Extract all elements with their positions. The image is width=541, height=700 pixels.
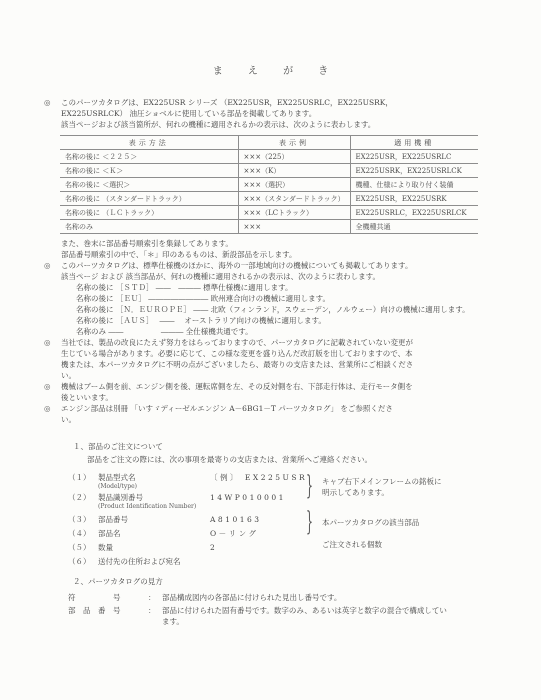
- order-item: （５）数量2: [68, 542, 498, 553]
- item-value: A810163: [210, 514, 262, 525]
- model-code-table: 表示方法表示例適用機種 名称の後に ＜２２５＞×××（225）EX225USR，…: [60, 135, 478, 234]
- table-row: 名称の後に ＜Ｋ＞×××（K）EX225USRK，EX225USRLCK: [60, 164, 478, 178]
- text-line: 明示してあります。: [322, 487, 442, 498]
- preface-page: ま え が き ◎ このパーツカタログは、EX225USR シリーズ （EX22…: [0, 0, 541, 700]
- table-row: 名称の後に ＜２２５＞×××（225）EX225USR，EX225USRLC: [60, 150, 478, 164]
- table-cell: ×××: [238, 220, 350, 234]
- definition-colon: ：: [148, 605, 162, 616]
- table-cell: EX225USR，EX225USRK: [350, 192, 478, 206]
- text-line: 該当ページおよび該当箇所が、何れの機種に適用されるかの表示は、次のように表わしま…: [61, 119, 498, 130]
- nameplate-annotation: キャブ右下メインフレームの銘板に明示してあります。: [322, 476, 442, 498]
- item-label: 製品型式名(Model/type): [98, 472, 210, 491]
- text-line: 機械はブーム側を前、エンジン側を後、運転席側を左、その反対側を右、下部走行体は、…: [61, 381, 498, 392]
- order-item: （６）送付先の住所および宛名: [68, 556, 498, 567]
- table-cell: 全機種共通: [350, 220, 478, 234]
- double-circle-marker-icon: ◎: [44, 381, 51, 392]
- order-item: （３）部品番号A810163: [68, 514, 498, 525]
- text-line: 名称の後に ［ＥＵ］ ―――――――― 欧州連合向けの機械に適用します。: [76, 293, 498, 304]
- table-row: 名称の後に ＜選択＞×××（選択）機種、仕様により取り付く装備: [60, 178, 478, 192]
- table-header-cell: 表示方法: [60, 136, 238, 150]
- table-row: 名称の後に （スタンダードトラック）×××（スタンダードトラック）EX225US…: [60, 192, 478, 206]
- table-cell: EX225USR，EX225USRLC: [350, 150, 478, 164]
- item-label-english: (Product Identification Number): [98, 503, 210, 511]
- text-line: EX225USRLCK） 油圧ショベルに使用している部品を掲載してあります。: [61, 108, 498, 119]
- item-number: （２）: [68, 492, 98, 503]
- table-cell: EX225USRLC，EX225USRLCK: [350, 206, 478, 220]
- text-line: 部品に付けられた固有番号です。数字のみ、あるいは英字と数字の混合で構成してい: [162, 605, 447, 616]
- text-line: 該当ページ および 該当部品が、何れの機種に適用されるかの表示は、次のように表わ…: [61, 271, 498, 282]
- definition-description: 部品に付けられた固有番号です。数字のみ、あるいは英字と数字の混合で構成しています…: [162, 605, 447, 627]
- text-line: 部品番号順索引の中で、「＊」印のあるものは、新設部品を示します。: [61, 249, 498, 260]
- orientation-lines: 機械はブーム側を前、エンジン側を後、運転席側を左、その反対側を右、下部走行体は、…: [61, 381, 498, 403]
- table-cell: 名称の後に ＜２２５＞: [60, 150, 238, 164]
- double-circle-marker-icon: ◎: [44, 403, 51, 414]
- table-header-cell: 適用機種: [350, 136, 478, 150]
- item-label-text: 部品番号: [98, 514, 210, 525]
- table-cell: ×××（選択）: [238, 178, 350, 192]
- text-line: 当社では、製品の改良にたえず努力をはらっておりますので、パーツカタログに記載され…: [61, 337, 498, 348]
- text-line: ご注文される個数: [322, 539, 382, 550]
- definition-row: 部 品 番 号：部品に付けられた固有番号です。数字のみ、あるいは英字と数字の混合…: [68, 605, 498, 627]
- table-row: 名称のみ×××全機種共通: [60, 220, 478, 234]
- definition-colon: ：: [148, 592, 162, 603]
- text-line: 生じている場合があります。必要に応じて、この様な変更を盛り込んだ改訂版を出してお…: [61, 348, 498, 359]
- item-number: （５）: [68, 542, 98, 553]
- item-label-english: (Model/type): [98, 483, 210, 491]
- item-label-text: 部品名: [98, 528, 210, 539]
- item-label: 部品名: [98, 528, 210, 539]
- page-content: ◎ このパーツカタログは、EX225USR シリーズ （EX225USR，EX2…: [46, 97, 498, 629]
- item-value: 14WP010001: [210, 492, 286, 503]
- revision-lines: 当社では、製品の改良にたえず努力をはらっておりますので、パーツカタログに記載され…: [61, 337, 498, 381]
- overseas-lines: このパーツカタログは、標準仕様機のほかに、海外の一部地域向けの機械についても掲載…: [61, 260, 498, 282]
- region-spec-lines: 名称の後に ［ＳＴＤ］ ―― ――― 標準仕様機に適用します。名称の後に ［ＥＵ…: [76, 282, 498, 337]
- quantity-annotation: ご注文される個数: [322, 539, 382, 550]
- item-label: 製品識別番号(Product Identification Number): [98, 492, 210, 511]
- text-line: キャブ右下メインフレームの銘板に: [322, 476, 442, 487]
- index-notes: また、巻末に部品番号順索引を集録してあります。部品番号順索引の中で、「＊」印のあ…: [61, 238, 498, 260]
- double-circle-marker-icon: ◎: [44, 337, 51, 348]
- engine-paragraph: ◎ エンジン部品は別冊 「いすゞディーゼルエンジン A－6BG1－T パーツカタ…: [46, 403, 498, 425]
- order-items-block: } } キャブ右下メインフレームの銘板に明示してあります。 本パーツカタログの該…: [68, 472, 498, 562]
- item-value: 2: [210, 542, 217, 553]
- item-label-text: 送付先の住所および宛名: [98, 556, 210, 567]
- howto-section-heading: ２、パーツカタログの見方: [73, 576, 498, 587]
- item-value: 〔例〕 EX225USR: [210, 472, 307, 483]
- item-number: （３）: [68, 514, 98, 525]
- item-label: 部品番号: [98, 514, 210, 525]
- definition-row: 符 号：部品構成図内の各部品に付けられた見出し番号です。: [68, 592, 498, 603]
- table-cell: 名称の後に （ＬＣトラック）: [60, 206, 238, 220]
- item-label-text: 製品識別番号: [98, 492, 210, 503]
- item-number: （４）: [68, 528, 98, 539]
- item-value: O－リング: [210, 528, 259, 539]
- table-cell: 機種、仕様により取り付く装備: [350, 178, 478, 192]
- order-item: （４）部品名O－リング: [68, 528, 498, 539]
- item-label-text: 数量: [98, 542, 210, 553]
- item-label-text: 製品型式名: [98, 472, 210, 483]
- brace-icon: }: [306, 472, 313, 498]
- table-cell: 名称の後に （スタンダードトラック）: [60, 192, 238, 206]
- text-line: エンジン部品は別冊 「いすゞディーゼルエンジン A－6BG1－T パーツカタログ…: [61, 403, 498, 414]
- text-line: 名称の後に ［ＳＴＤ］ ―― ――― 標準仕様機に適用します。: [76, 282, 498, 293]
- definition-term: 部 品 番 号: [68, 605, 148, 616]
- order-section-intro: 部品をご注文の際には、次の事項を最寄りの支店または、営業所へご連絡ください。: [87, 454, 498, 465]
- table-cell: ×××（スタンダードトラック）: [238, 192, 350, 206]
- text-line: 名称の後に ［Ｎ．ＥＵＲＯＰＥ］ ―― 北欧（フィンランド，スウェーデン，ノルウ…: [76, 304, 498, 315]
- intro-paragraph: ◎ このパーツカタログは、EX225USR シリーズ （EX225USR，EX2…: [46, 97, 498, 130]
- table-cell: 名称の後に ＜Ｋ＞: [60, 164, 238, 178]
- definition-description: 部品構成図内の各部品に付けられた見出し番号です。: [162, 592, 341, 603]
- text-line: また、巻末に部品番号順索引を集録してあります。: [61, 238, 498, 249]
- overseas-paragraph: ◎ このパーツカタログは、標準仕様機のほかに、海外の一部地域向けの機械についても…: [46, 260, 498, 282]
- text-line: 機または、本パーツカタログに不明の点がございましたら、最寄りの支店または、営業所…: [61, 359, 498, 370]
- revision-paragraph: ◎ 当社では、製品の改良にたえず努力をはらっておりますので、パーツカタログに記載…: [46, 337, 498, 381]
- table-cell: ×××（225）: [238, 150, 350, 164]
- table-row: 名称の後に （ＬＣトラック）×××（LCトラック）EX225USRLC，EX22…: [60, 206, 478, 220]
- text-line: 本パーツカタログの該当部品: [322, 517, 419, 528]
- text-line: い。: [61, 370, 498, 381]
- double-circle-marker-icon: ◎: [44, 97, 51, 108]
- table-cell: 名称のみ: [60, 220, 238, 234]
- definition-rows: 符 号：部品構成図内の各部品に付けられた見出し番号です。部 品 番 号：部品に付…: [68, 592, 498, 627]
- orientation-paragraph: ◎ 機械はブーム側を前、エンジン側を後、運転席側を左、その反対側を右、下部走行体…: [46, 381, 498, 403]
- text-line: 名称の後に ［ＡＵＳ］ ―― オーストラリア向けの機械に適用します。: [76, 315, 498, 326]
- text-line: 名称のみ ―― ――― 全仕様機共通です。: [76, 326, 498, 337]
- table-cell: 名称の後に ＜選択＞: [60, 178, 238, 192]
- catalog-part-annotation: 本パーツカタログの該当部品: [322, 517, 419, 528]
- double-circle-marker-icon: ◎: [44, 260, 51, 271]
- table-cell: EX225USRK，EX225USRLCK: [350, 164, 478, 178]
- item-label: 送付先の住所および宛名: [98, 556, 210, 567]
- text-line: 部品構成図内の各部品に付けられた見出し番号です。: [162, 592, 341, 603]
- page-title: ま え が き: [0, 62, 541, 77]
- order-section-heading: １、部品のご注文について: [73, 441, 498, 452]
- item-label: 数量: [98, 542, 210, 553]
- definition-term: 符 号: [68, 592, 148, 603]
- text-line: 後といいます。: [61, 392, 498, 403]
- item-number: （１）: [68, 472, 98, 483]
- table-header-cell: 表示例: [238, 136, 350, 150]
- engine-lines: エンジン部品は別冊 「いすゞディーゼルエンジン A－6BG1－T パーツカタログ…: [61, 403, 498, 425]
- text-line: このパーツカタログは、EX225USR シリーズ （EX225USR，EX225…: [61, 97, 498, 108]
- table-header-row: 表示方法表示例適用機種: [60, 136, 478, 150]
- table-body: 名称の後に ＜２２５＞×××（225）EX225USR，EX225USRLC名称…: [60, 150, 478, 234]
- table-cell: ×××（LCトラック）: [238, 206, 350, 220]
- intro-lines: このパーツカタログは、EX225USR シリーズ （EX225USR，EX225…: [61, 97, 498, 130]
- text-line: このパーツカタログは、標準仕様機のほかに、海外の一部地域向けの機械についても掲載…: [61, 260, 498, 271]
- text-line: ます。: [162, 616, 447, 627]
- text-line: い。: [61, 414, 498, 425]
- item-number: （６）: [68, 556, 98, 567]
- table-cell: ×××（K）: [238, 164, 350, 178]
- brace-icon: }: [306, 508, 313, 534]
